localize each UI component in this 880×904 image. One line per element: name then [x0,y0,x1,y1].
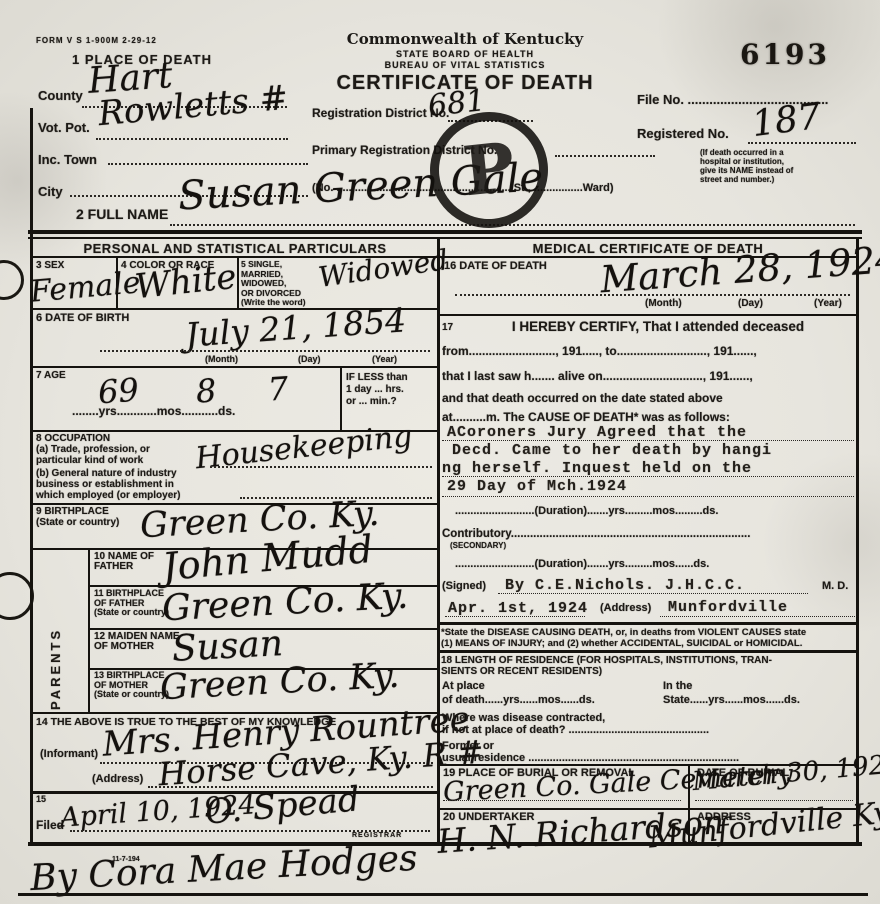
duration-line2: ..........................(Duration)....… [455,558,855,570]
p-stamp: P [424,106,553,234]
dod-day-label: (Day) [738,298,763,309]
rule [455,294,850,296]
p-stamp-letter: P [459,128,518,213]
rule [660,616,855,617]
bureau-title: BUREAU OF VITAL STATISTICS [320,60,610,70]
in-the-label: In the [663,680,692,692]
duration-line1: ..........................(Duration)....… [455,505,855,517]
rule [100,350,430,352]
rule [437,650,859,653]
marital-label: 5 SINGLE, MARRIED, WIDOWED, OR DIVORCED … [241,260,306,308]
clerk-by-line: By Cora Mae Hodges [29,838,418,899]
age-label: 7 AGE [36,370,66,381]
dob-day-label: (Day) [298,354,321,364]
rule [498,593,808,594]
contracted-line2: if not at place of death? ..............… [442,724,856,736]
contributory-label: Contributory............................… [442,528,856,540]
file-no-label: File No. ...............................… [637,92,857,107]
signed-label: (Signed) [442,580,486,592]
signed-address-value: Munfordville [668,599,788,616]
rule [443,800,681,801]
dod-month-label: (Month) [645,298,682,309]
informant-address-label: (Address) [92,773,143,785]
certify-heading: I HEREBY CERTIFY, That I attended deceas… [460,319,856,334]
date-of-death-label: 16 DATE OF DEATH [444,260,547,272]
hole-punch [0,572,34,620]
city-label: City [38,184,63,199]
dob-label: 6 DATE OF BIRTH [36,312,129,324]
residence-heading: 18 LENGTH OF RESIDENCE (FOR HOSPITALS, I… [441,655,857,677]
certify-line3: and that death occurred on the date stat… [442,391,856,405]
cause-of-death-line1: ACoroners Jury Agreed that the [447,424,747,441]
rule [442,496,854,497]
signed-address-label: (Address) [600,602,651,614]
father-name-label: 10 NAME OF FATHER [94,552,154,572]
cause-of-death-line3: ng herself. Inquest held on the [442,460,752,477]
death-certificate-scan: FORM V S 1-900M 2-29-12 1 PLACE OF DEATH… [0,0,880,904]
occupation-a-label: (a) Trade, profession, or particular kin… [36,444,150,466]
parents-label: PARENTS [48,560,64,710]
certificate-number-stamp: 6193 [740,38,830,71]
precinct-label: Vot. Pot. [38,120,90,135]
of-death-line: of death......yrs......mos......ds. [442,694,595,706]
former-line1: Former or [442,740,494,752]
rule [18,893,868,896]
if-less-label: IF LESS than 1 day ... hrs. or ... min.? [346,372,408,408]
rule [210,466,432,468]
occupation-b-label: (b) General nature of industry business … [36,468,180,501]
father-birthplace-label: 11 BIRTHPLACE OF FATHER (State or countr… [94,589,169,618]
cause-footnote: *State the DISEASE CAUSING DEATH, or, in… [441,627,857,649]
rule [96,138,288,140]
age-units-label: ........yrs............mos...........ds. [72,404,235,418]
state-line: State......yrs......mos......ds. [663,694,800,706]
full-name-label: 2 FULL NAME [76,206,168,222]
informant-label: (Informant) [40,748,98,760]
sex-label: 3 SEX [36,260,64,271]
form-code: FORM V S 1-900M 2-29-12 [36,36,157,45]
hole-punch [0,260,24,300]
rule [108,163,308,165]
sex-value: Female [29,265,142,310]
dob-month-label: (Month) [205,354,238,364]
hospital-note: (If death occurred in a hospital or inst… [700,148,793,184]
county-label: County [38,88,83,103]
rule [748,142,856,144]
rule [340,368,342,430]
cause-of-death-line4: 29 Day of Mch.1924 [447,478,627,495]
rule [28,230,862,234]
contracted-line1: Where was disease contracted, [442,712,605,724]
registered-no-value: 187 [750,96,823,145]
age-days-value: 7 [267,369,290,408]
md-label: M. D. [822,580,848,592]
rule [442,440,854,441]
filed-number: 15 [36,794,46,804]
rule [555,155,655,157]
certify-number: 17 [442,322,453,333]
signed-date-value: Apr. 1st, 1924 [448,600,588,617]
inc-town-label: Inc. Town [38,152,97,167]
certify-line2: that I last saw h....... alive on.......… [442,369,856,383]
certify-line1: from.........................., 191.....… [442,344,856,358]
certify-line4: at..........m. The CAUSE OF DEATH* was a… [442,410,856,424]
rule [445,616,585,617]
registrar-label: REGISTRAR [352,832,402,839]
registered-no-label: Registered No. [637,126,729,141]
dob-year-label: (Year) [372,354,397,364]
state-board-title: STATE BOARD OF HEALTH [320,49,610,59]
rule [28,237,862,239]
footer-small-print: 11-7-194 [112,856,140,863]
birthplace-label: 9 BIRTHPLACE (State or country) [36,506,119,528]
mother-name-label: 12 MAIDEN NAME OF MOTHER [94,632,180,652]
rule [442,476,854,477]
rule [30,108,33,844]
rule [88,548,90,712]
dod-year-label: (Year) [814,298,842,309]
rule [30,366,437,368]
rule [170,224,855,226]
rule [437,622,859,625]
cause-of-death-line2: Decd. Came to her death by hangi [452,442,772,459]
signed-physician-value: By C.E.Nichols. J.H.C.C. [505,577,745,594]
commonwealth-title: Commonwealth of Kentucky [320,30,610,48]
occupation-label: 8 OCCUPATION [36,433,110,444]
secondary-label: (SECONDARY) [450,541,506,550]
at-place-label: At place [442,680,485,692]
rule [440,314,856,316]
mother-birthplace-label: 13 BIRTHPLACE OF MOTHER (State or countr… [94,671,169,700]
